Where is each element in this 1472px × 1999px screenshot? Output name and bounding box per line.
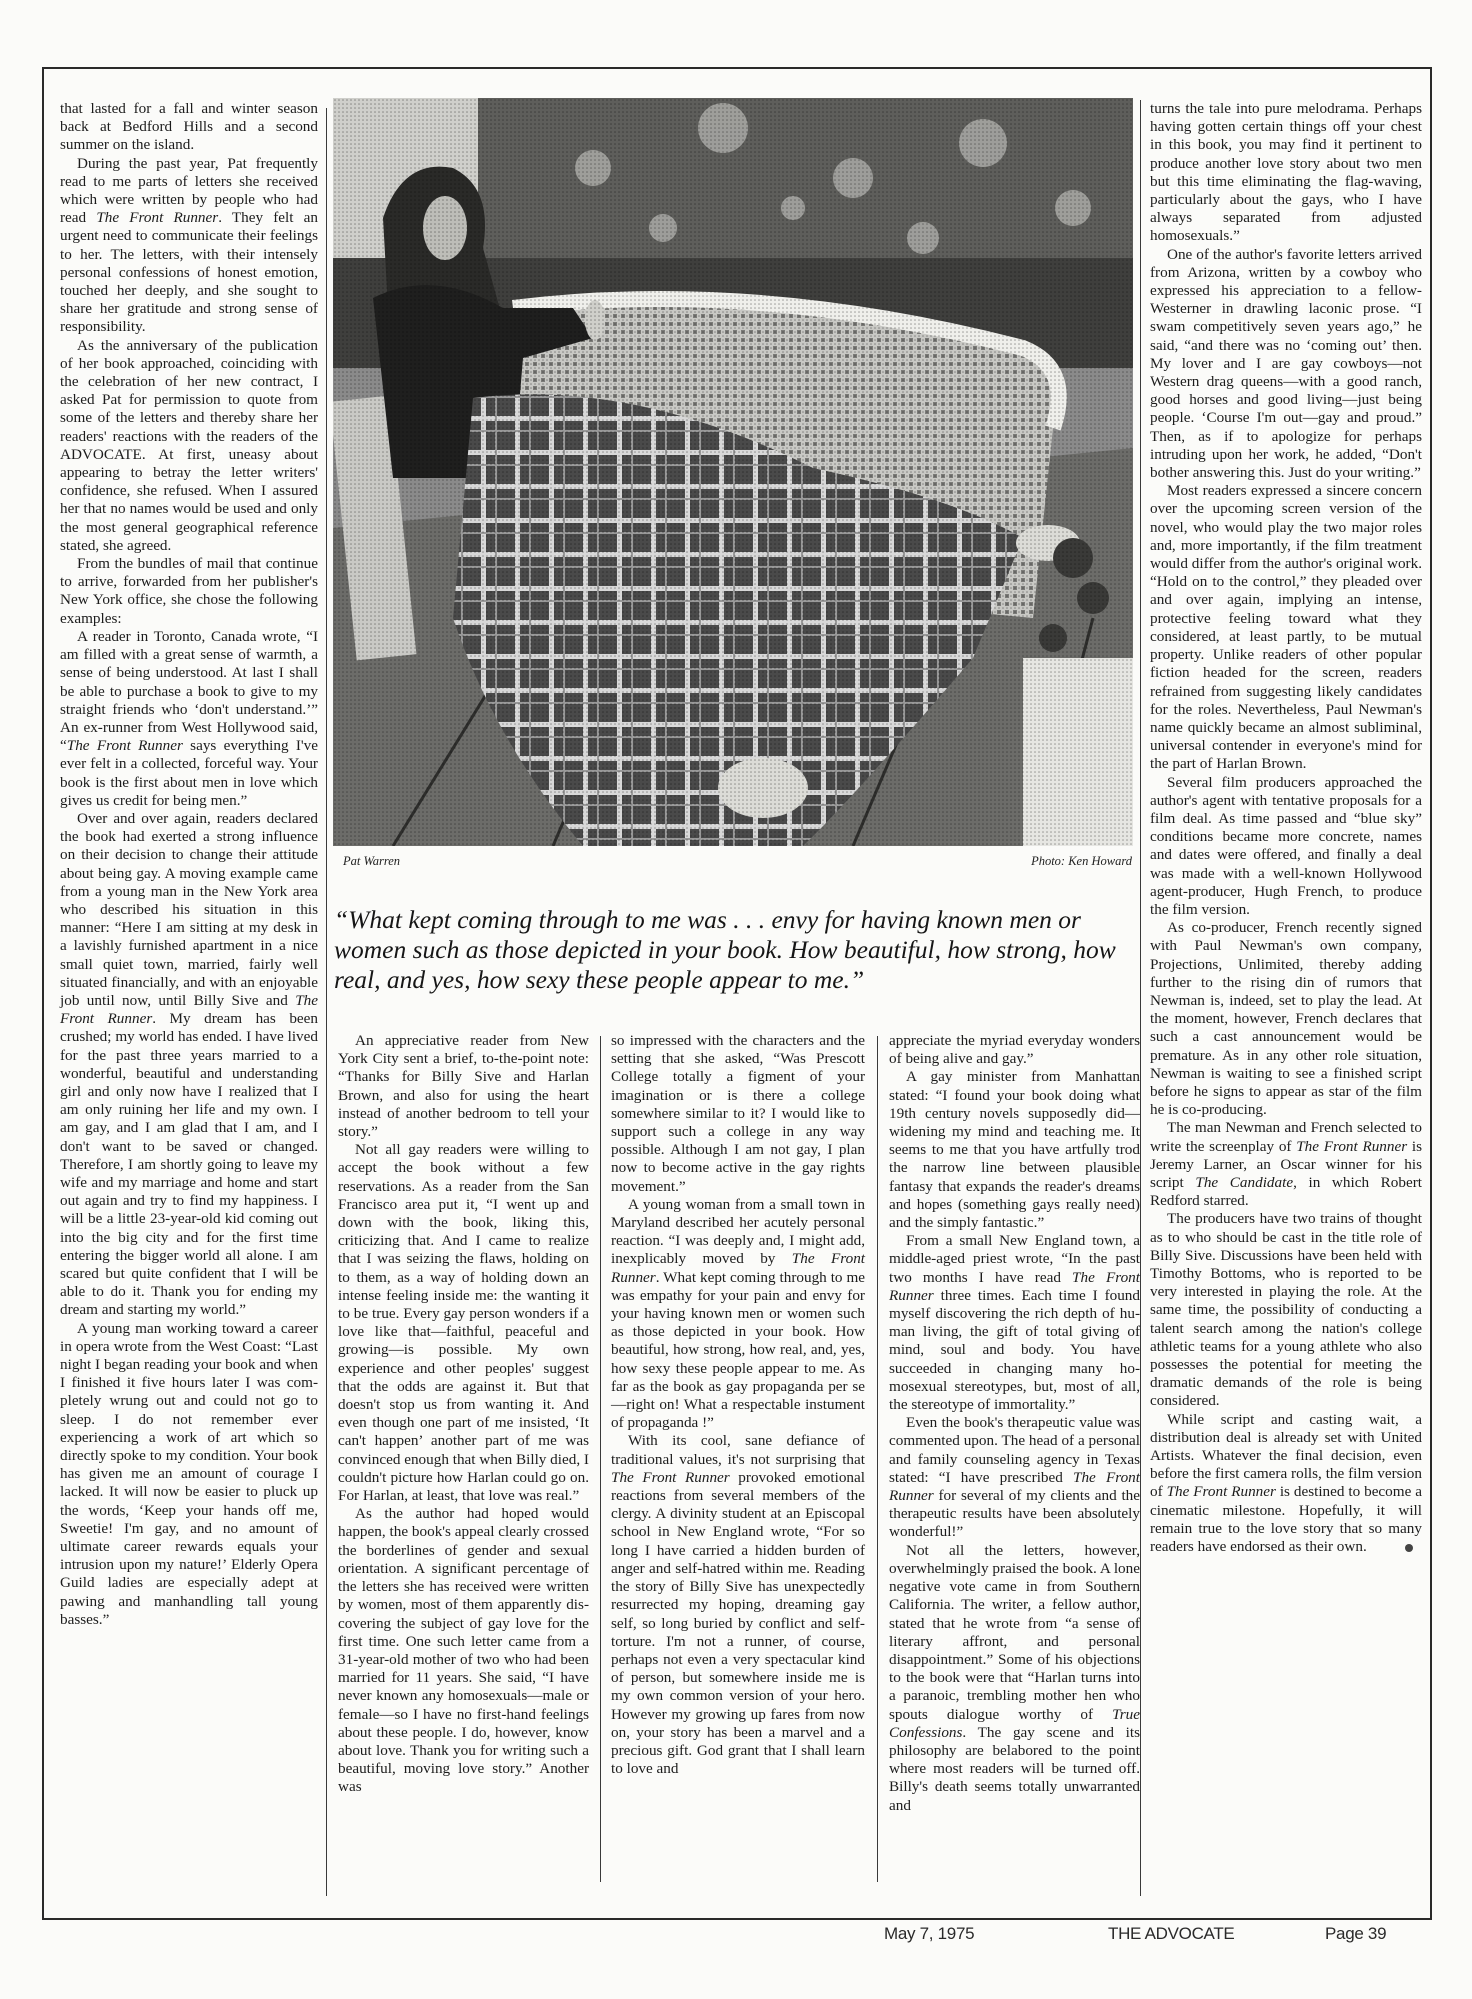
middle-column-1: An appreciative reader from New York Cit… bbox=[338, 1032, 589, 1797]
column-rule bbox=[600, 1036, 601, 1882]
article-paragraph: A young man working toward a career in o… bbox=[60, 1320, 318, 1629]
article-paragraph: The man Newman and French selected to wr… bbox=[1150, 1119, 1422, 1210]
photo-image bbox=[333, 98, 1133, 846]
article-paragraph: During the past year, Pat fre­quently re… bbox=[60, 155, 318, 337]
photo-caption-subject: Pat Warren bbox=[343, 854, 400, 869]
pull-quote: “What kept coming through to me was . . … bbox=[334, 905, 1144, 995]
article-paragraph: An appreciative reader from New York Cit… bbox=[338, 1032, 589, 1141]
middle-column-3: appreciate the myriad everyday wonders o… bbox=[889, 1032, 1140, 1815]
end-of-article-bullet-icon bbox=[1405, 1544, 1413, 1552]
article-paragraph: One of the author's favorite let­ters ar… bbox=[1150, 246, 1422, 483]
photo-pat-warren bbox=[333, 98, 1133, 846]
article-paragraph: As co-producer, French recently signed w… bbox=[1150, 919, 1422, 1119]
article-paragraph: Not all gay readers were willing to acce… bbox=[338, 1141, 589, 1505]
article-paragraph: With its cool, sane defiance of traditio… bbox=[611, 1432, 865, 1778]
article-paragraph: The producers have two trains of thought… bbox=[1150, 1210, 1422, 1410]
article-paragraph: Even the book's therapeutic val­ue was c… bbox=[889, 1414, 1140, 1541]
article-paragraph: Several film producers approached the au… bbox=[1150, 774, 1422, 920]
column-rule bbox=[877, 1036, 878, 1882]
article-paragraph: As the anniversary of the publi­cation o… bbox=[60, 337, 318, 555]
article-paragraph: As the author had hoped would happen, th… bbox=[338, 1505, 589, 1796]
article-paragraph: While script and casting wait, a distrib… bbox=[1150, 1411, 1422, 1557]
column-rule bbox=[326, 108, 327, 1896]
article-paragraph: turns the tale into pure melo­drama. Per… bbox=[1150, 100, 1422, 246]
right-column: turns the tale into pure melo­drama. Per… bbox=[1150, 100, 1422, 1556]
article-paragraph: so impressed with the characters and the… bbox=[611, 1032, 865, 1196]
article-paragraph: Over and over again, readers declared th… bbox=[60, 810, 318, 1320]
footer-page-number: Page 39 bbox=[1325, 1924, 1386, 1944]
article-paragraph: appreciate the myriad everyday wonders o… bbox=[889, 1032, 1140, 1068]
article-paragraph: A reader in Toronto, Canada wrote, “I am… bbox=[60, 628, 318, 810]
article-paragraph: Not all the letters, however, overwhelmi… bbox=[889, 1542, 1140, 1815]
article-paragraph: From a small New England town, a middle-… bbox=[889, 1232, 1140, 1414]
article-paragraph: A young woman from a small town in Maryl… bbox=[611, 1196, 865, 1433]
article-paragraph: that lasted for a fall and winter season… bbox=[60, 100, 318, 155]
photo-credit: Photo: Ken Howard bbox=[1031, 854, 1132, 869]
article-paragraph: A gay minister from Manhattan stated: “I… bbox=[889, 1068, 1140, 1232]
footer-date: May 7, 1975 bbox=[884, 1924, 974, 1944]
footer-publication: THE ADVOCATE bbox=[1108, 1924, 1234, 1944]
middle-column-2: so impressed with the characters and the… bbox=[611, 1032, 865, 1778]
article-paragraph: From the bundles of mail that continue t… bbox=[60, 555, 318, 628]
column-rule bbox=[1140, 100, 1141, 1896]
left-column: that lasted for a fall and winter season… bbox=[60, 100, 318, 1629]
article-paragraph: Most readers expressed a sin­cere concer… bbox=[1150, 482, 1422, 773]
